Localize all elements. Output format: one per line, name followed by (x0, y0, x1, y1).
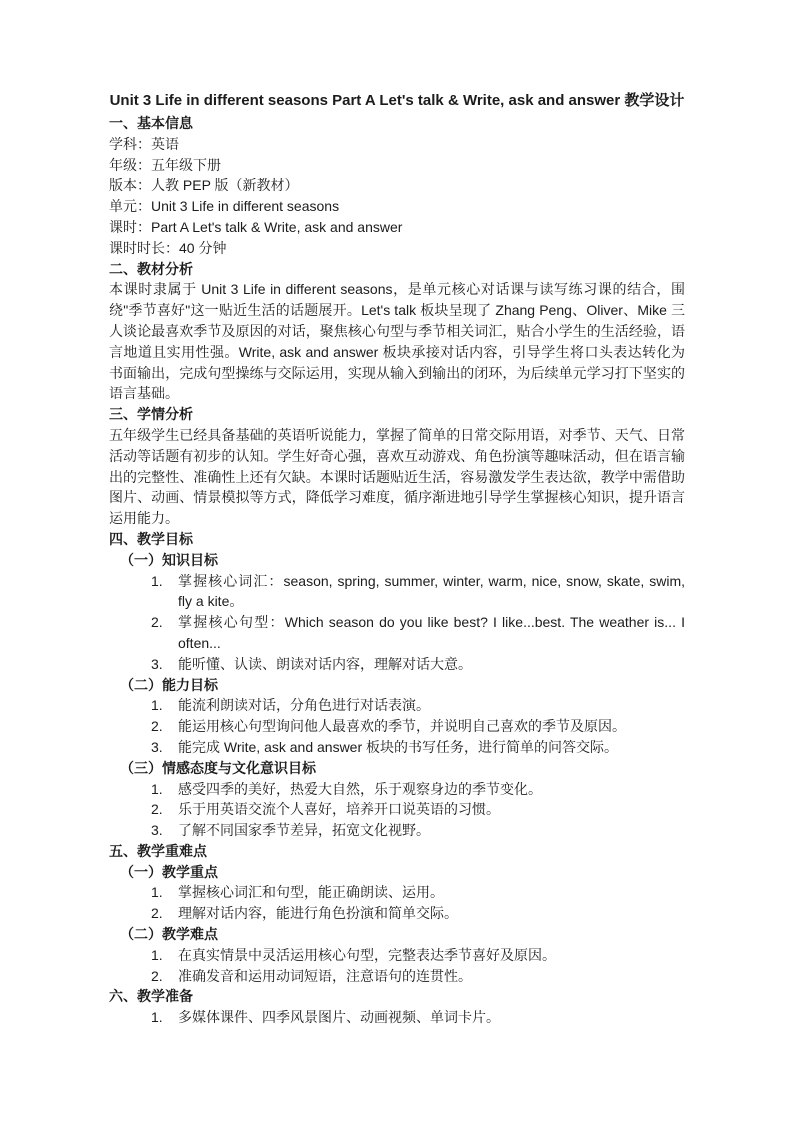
heading-material-analysis: 二、教材分析 (109, 259, 685, 280)
knowledge-objectives-list: 掌握核心词汇：season, spring, summer, winter, w… (109, 571, 685, 675)
list-item: 掌握核心词汇和句型，能正确朗读、运用。 (109, 882, 685, 903)
basic-info-duration: 课时时长：40 分钟 (109, 238, 685, 259)
heading-teaching-objectives: 四、教学目标 (109, 529, 685, 550)
student-analysis-paragraph: 五年级学生已经具备基础的英语听说能力，掌握了简单的日常交际用语，对季节、天气、日… (109, 425, 685, 529)
list-item: 能完成 Write, ask and answer 板块的书写任务，进行简单的问… (109, 737, 685, 758)
list-item: 理解对话内容，能进行角色扮演和简单交际。 (109, 903, 685, 924)
list-item: 乐于用英语交流个人喜好，培养开口说英语的习惯。 (109, 799, 685, 820)
list-item: 多媒体课件、四季风景图片、动画视频、单词卡片。 (109, 1007, 685, 1028)
subheading-ability-objectives: （二）能力目标 (120, 675, 685, 696)
teaching-preparation-list: 多媒体课件、四季风景图片、动画视频、单词卡片。 (109, 1007, 685, 1028)
key-points-list: 掌握核心词汇和句型，能正确朗读、运用。 理解对话内容，能进行角色扮演和简单交际。 (109, 882, 685, 924)
document-title: Unit 3 Life in different seasons Part A … (109, 88, 685, 113)
heading-key-difficult-points: 五、教学重难点 (109, 841, 685, 862)
basic-info-unit: 单元：Unit 3 Life in different seasons (109, 196, 685, 217)
subheading-difficult-points: （二）教学难点 (120, 924, 685, 945)
subheading-knowledge-objectives: （一）知识目标 (120, 550, 685, 571)
heading-teaching-preparation: 六、教学准备 (109, 986, 685, 1007)
basic-info-lesson: 课时：Part A Let's talk & Write, ask and an… (109, 217, 685, 238)
list-item: 能运用核心句型询问他人最喜欢的季节，并说明自己喜欢的季节及原因。 (109, 716, 685, 737)
document-page: Unit 3 Life in different seasons Part A … (0, 0, 794, 1123)
material-analysis-paragraph: 本课时隶属于 Unit 3 Life in different seasons，… (109, 279, 685, 404)
list-item: 能流利朗读对话，分角色进行对话表演。 (109, 695, 685, 716)
emotional-culture-objectives-list: 感受四季的美好，热爱大自然，乐于观察身边的季节变化。 乐于用英语交流个人喜好，培… (109, 779, 685, 841)
basic-info-subject: 学科：英语 (109, 134, 685, 155)
list-item: 了解不同国家季节差异，拓宽文化视野。 (109, 820, 685, 841)
heading-student-analysis: 三、学情分析 (109, 404, 685, 425)
heading-basic-info: 一、基本信息 (109, 113, 685, 134)
list-item: 在真实情景中灵活运用核心句型，完整表达季节喜好及原因。 (109, 945, 685, 966)
list-item: 能听懂、认读、朗读对话内容，理解对话大意。 (109, 654, 685, 675)
list-item: 掌握核心词汇：season, spring, summer, winter, w… (109, 571, 685, 613)
ability-objectives-list: 能流利朗读对话，分角色进行对话表演。 能运用核心句型询问他人最喜欢的季节，并说明… (109, 695, 685, 757)
difficult-points-list: 在真实情景中灵活运用核心句型，完整表达季节喜好及原因。 准确发音和运用动词短语，… (109, 945, 685, 987)
subheading-key-points: （一）教学重点 (120, 862, 685, 883)
basic-info-edition: 版本：人教 PEP 版（新教材） (109, 175, 685, 196)
list-item: 掌握核心句型：Which season do you like best? I … (109, 612, 685, 654)
subheading-emotional-culture-objectives: （三）情感态度与文化意识目标 (120, 758, 685, 779)
list-item: 感受四季的美好，热爱大自然，乐于观察身边的季节变化。 (109, 779, 685, 800)
basic-info-grade: 年级：五年级下册 (109, 155, 685, 176)
list-item: 准确发音和运用动词短语，注意语句的连贯性。 (109, 966, 685, 987)
